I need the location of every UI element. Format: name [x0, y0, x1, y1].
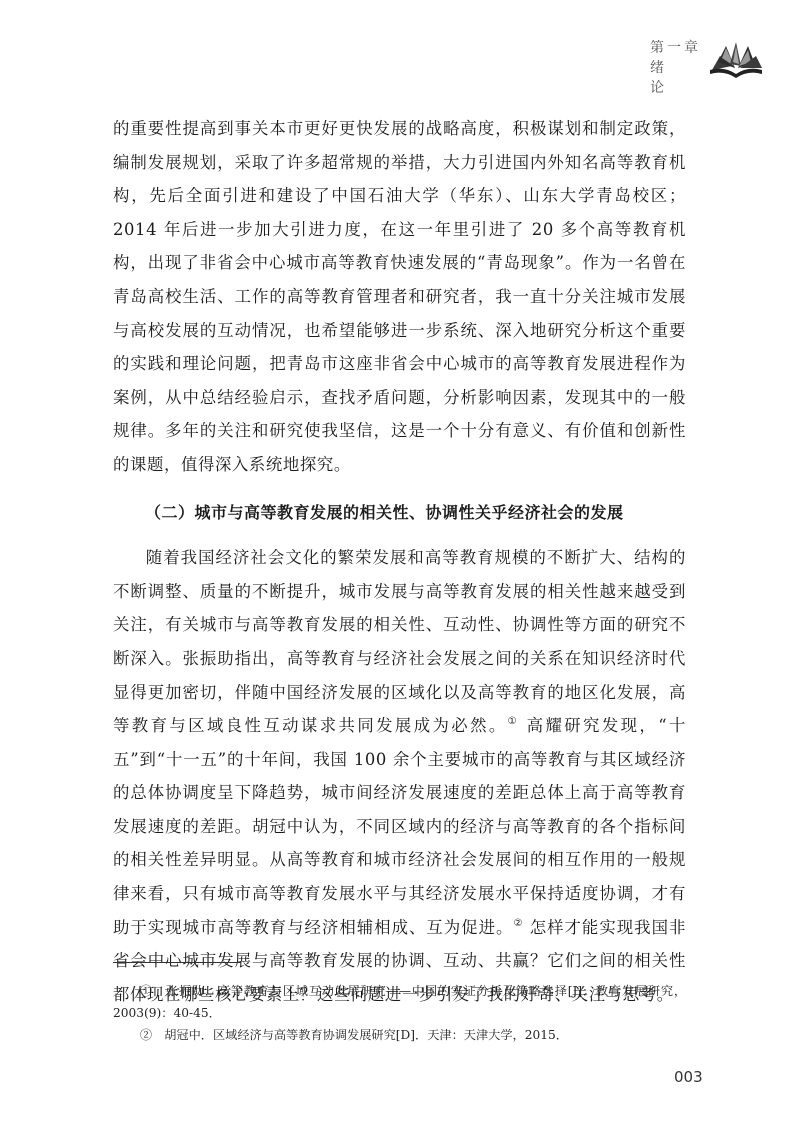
- chapter-label: 第一章: [650, 38, 702, 58]
- footnote-ref-2[interactable]: ②: [513, 918, 523, 929]
- page-number: 003: [674, 1068, 703, 1086]
- footnote-marker: ②: [140, 1028, 152, 1042]
- footnotes: ① 张振助．高等教育与区域互动发展研究——中国的实证分析及策略选择[J]．教育发…: [113, 980, 686, 1046]
- section-heading: （二）城市与高等教育发展的相关性、协调性关乎经济社会的发展: [113, 496, 686, 530]
- main-body: 的重要性提高到事关本市更好更快发展的战略高度，积极谋划和制定政策，编制发展规划，…: [113, 112, 686, 1011]
- paragraph-text: 高耀研究发现，“十五”到“十一五”的十年间，我国 100 余个主要城市的高等教育…: [113, 716, 686, 937]
- paragraph: 随着我国经济社会文化的繁荣发展和高等教育规模的不断扩大、结构的不断调整、质量的不…: [113, 541, 686, 1011]
- footnote-ref-1[interactable]: ①: [508, 716, 519, 727]
- paragraph-text: 随着我国经济社会文化的繁荣发展和高等教育规模的不断扩大、结构的不断调整、质量的不…: [113, 548, 686, 735]
- footnote-2: ② 胡冠中．区域经济与高等教育协调发展研究[D]．天津：天津大学，2015．: [113, 1024, 686, 1046]
- paragraph: 的重要性提高到事关本市更好更快发展的战略高度，积极谋划和制定政策，编制发展规划，…: [113, 112, 686, 482]
- footnote-1: ① 张振助．高等教育与区域互动发展研究——中国的实证分析及策略选择[J]．教育发…: [113, 980, 686, 1024]
- open-book-icon: [708, 40, 764, 80]
- footnote-text: 胡冠中．区域经济与高等教育协调发展研究[D]．天津：天津大学，2015．: [164, 1028, 568, 1042]
- footnote-divider: [113, 962, 241, 963]
- footnote-text: 张振助．高等教育与区域互动发展研究——中国的实证分析及策略选择[J]．教育发展研…: [113, 984, 686, 1020]
- running-header: 第一章 绪 论: [650, 38, 702, 98]
- footnote-marker: ①: [140, 984, 153, 998]
- chapter-title: 绪 论: [650, 58, 702, 98]
